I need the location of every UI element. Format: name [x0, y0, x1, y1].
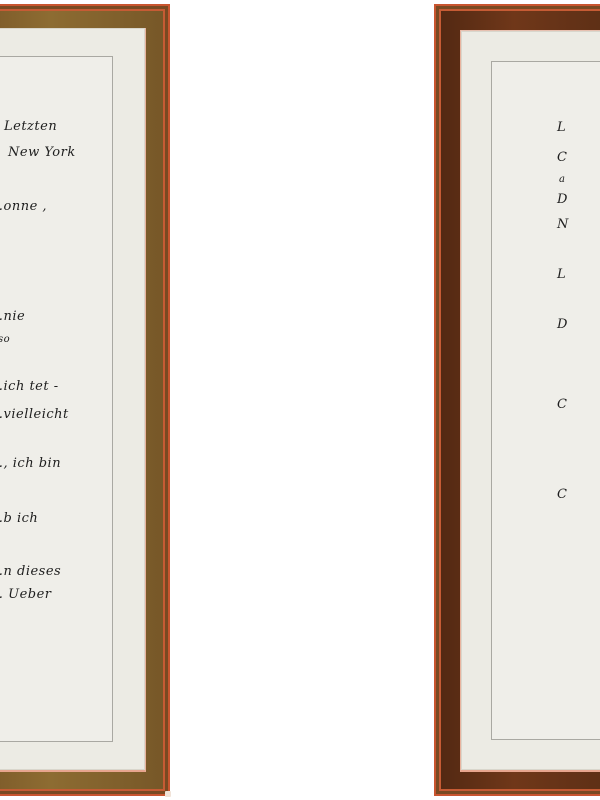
letter-line: D	[557, 317, 568, 332]
letter-line: so	[0, 334, 10, 345]
left-mat: Letzten New York …onne , …nie so …ich te…	[0, 28, 146, 772]
letter-line: L	[557, 267, 566, 282]
letter-line: …ich tet -	[0, 379, 59, 394]
letter-line: New York	[8, 145, 76, 160]
left-picture-frame: Letzten New York …onne , …nie so …ich te…	[0, 4, 170, 796]
frame-chip	[165, 791, 171, 797]
letter-line: …nie	[0, 309, 25, 324]
letter-line: …, ich bin	[0, 456, 61, 471]
letter-line: …n dieses	[0, 564, 61, 579]
right-picture-frame: L C a D N L D C C	[434, 4, 600, 796]
letter-line: N	[557, 217, 569, 232]
letter-line: C	[557, 487, 567, 502]
right-mat: L C a D N L D C C	[460, 30, 600, 772]
letter-line: … Ueber	[0, 587, 52, 602]
right-letter-paper: L C a D N L D C C	[491, 61, 600, 740]
letter-line: C	[557, 397, 567, 412]
letter-line: C	[557, 150, 567, 165]
letter-line: a	[559, 174, 565, 185]
letter-line: …onne ,	[0, 199, 47, 214]
letter-line: …b ich	[0, 511, 38, 526]
letter-line: L	[557, 120, 566, 135]
left-letter-paper: Letzten New York …onne , …nie so …ich te…	[0, 56, 113, 742]
letter-line: D	[557, 192, 568, 207]
letter-line: …vielleicht	[0, 407, 69, 422]
letter-line: Letzten	[4, 119, 57, 134]
